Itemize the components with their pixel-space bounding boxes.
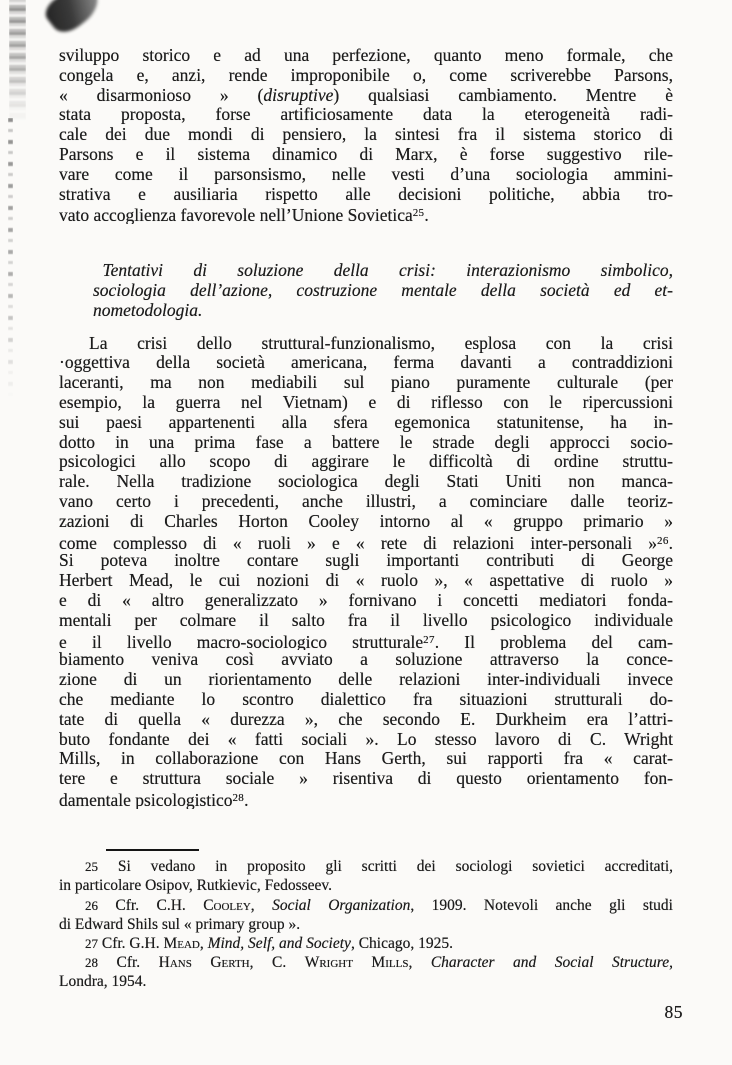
smallcaps-name: Mead	[163, 935, 199, 952]
text-segment: damentale psicologistico	[59, 790, 233, 809]
scan-binding-streak	[9, 0, 26, 122]
paragraph-line: zazioni di Charles Horton Cooley intorno…	[59, 512, 673, 532]
footnote-line: di Edward Shils sul « primary group ».	[59, 915, 673, 934]
text-segment: e di « altro generalizzato » fornivano i…	[59, 591, 673, 610]
text-segment: ·oggettiva della società americana, ferm…	[59, 353, 673, 372]
paragraph-line: Parsons e il sistema dinamico di Marx, è…	[59, 145, 673, 165]
text-segment: congela e, anzi, rende improponibile o, …	[59, 66, 673, 85]
footnote-separator	[106, 849, 199, 852]
text-segment: .	[669, 533, 673, 552]
text-segment: Parsons e il sistema dinamico di Marx, è…	[59, 145, 673, 164]
paragraph-line: « disarmonioso » (disruptive) qualsiasi …	[59, 86, 673, 106]
text-segment: biamento veniva così avviato a soluzione…	[59, 650, 673, 669]
text-segment: ,	[669, 954, 673, 971]
paragraph-continuation: sviluppo storico e ad una perfezione, qu…	[59, 46, 673, 224]
heading-line: sociologia dell’azione, costruzione ment…	[93, 281, 673, 301]
text-segment: . Il problema del cam-	[435, 632, 673, 651]
text-segment: Londra, 1954.	[59, 973, 146, 990]
text-segment: dotto in una prima fase a battere le str…	[59, 433, 673, 452]
text-segment: Cfr. C.H.	[98, 897, 203, 914]
paragraph-line: strativa e ausiliaria rispetto alle deci…	[59, 185, 673, 205]
text-segment: .	[244, 790, 248, 809]
paragraph-line: mentali per colmare il salto fra il live…	[59, 611, 673, 631]
paragraph-line: Herbert Mead, le cui nozioni di « ruolo …	[59, 571, 673, 591]
text-segment: sui paesi appartenenti alla sfera egemon…	[59, 413, 673, 432]
text-segment: tate di quella « durezza », che secondo …	[59, 710, 673, 729]
footnote-line: 27 Cfr. G.H. Mead, Mind, Self, and Socie…	[59, 934, 673, 953]
paragraph-line: rale. Nella tradizione sociologica degli…	[59, 472, 673, 492]
italic-text: Character and Social Structure	[431, 954, 669, 971]
text-segment: zazioni di Charles Horton Cooley intorno…	[59, 512, 673, 531]
footnote-line: in particolare Osipov, Rutkievic, Fedoss…	[59, 876, 673, 895]
text-segment: mentali per colmare il salto fra il live…	[59, 611, 673, 630]
footnote-line: 26 Cfr. C.H. Cooley, Social Organization…	[59, 896, 673, 915]
scan-corner-smudge	[41, 0, 106, 39]
page-number: 85	[665, 1002, 684, 1023]
footnotes-block: 25 Si vedano in proposito gli scritti de…	[59, 857, 673, 991]
text-segment: che mediante lo scontro dialettico fra s…	[59, 690, 673, 709]
italic-text: Tentativi di soluzione della crisi: inte…	[102, 261, 673, 280]
text-segment: e il livello macro-sociologico struttura…	[59, 632, 423, 651]
paragraph-line: tate di quella « durezza », che secondo …	[59, 710, 673, 730]
text-segment: Herbert Mead, le cui nozioni di « ruolo …	[59, 571, 673, 590]
text-segment: , 1909. Notevoli anche gli studi	[410, 897, 673, 914]
text-segment: di Edward Shils sul « primary group ».	[59, 916, 300, 933]
paragraph-line: e il livello macro-sociologico struttura…	[59, 631, 673, 651]
smallcaps-name: Cooley	[203, 897, 251, 914]
text-segment: rale. Nella tradizione sociologica degli…	[59, 472, 673, 491]
italic-text: Mind, Self, and Society	[208, 935, 351, 952]
paragraph-line: e di « altro generalizzato » fornivano i…	[59, 591, 673, 611]
paragraph-line: dotto in una prima fase a battere le str…	[59, 433, 673, 453]
paragraph-line: damentale psicologistico28.	[59, 789, 673, 809]
footnote-number: 28	[85, 955, 98, 970]
text-block: sviluppo storico e ad una perfezione, qu…	[59, 46, 673, 992]
footnote-number: 25	[85, 859, 98, 874]
footnote-reference: 26	[657, 535, 669, 547]
text-segment: vano certo i precedenti, anche illustri,…	[59, 492, 673, 511]
text-segment: Cfr. G.H.	[98, 935, 163, 952]
paragraph-line: tere e struttura sociale » risentiva di …	[59, 769, 673, 789]
footnote-number: 27	[85, 936, 98, 951]
text-segment: come complesso di « ruoli » e « rete di …	[59, 533, 657, 552]
text-segment: vato accoglienza favorevole nell’Unione …	[59, 205, 413, 224]
paragraph-line: congela e, anzi, rende improponibile o, …	[59, 66, 673, 86]
paragraph-line: cale dei due mondi di pensiero, la sinte…	[59, 125, 673, 145]
text-segment: tere e struttura sociale » risentiva di …	[59, 769, 673, 788]
text-segment: La crisi dello struttural-funzionalismo,…	[89, 334, 673, 353]
italic-text: nometodologia.	[93, 301, 202, 320]
text-segment: cale dei due mondi di pensiero, la sinte…	[59, 125, 673, 144]
text-segment: ,	[408, 954, 430, 971]
smallcaps-name: Hans Gerth	[159, 954, 250, 971]
italic-text: disruptive	[263, 86, 333, 105]
text-segment: , Chicago, 1925.	[351, 935, 453, 952]
paragraph-line: ·oggettiva della società americana, ferm…	[59, 353, 673, 373]
text-segment: esempio, la guerra nel Vietnam) e di rif…	[59, 393, 673, 412]
paragraph-line: sviluppo storico e ad una perfezione, qu…	[59, 46, 673, 66]
text-segment: .	[424, 205, 428, 224]
paragraph-line: vato accoglienza favorevole nell’Unione …	[59, 204, 673, 224]
text-segment: psicologici allo scopo di aggirare le di…	[59, 452, 673, 471]
paragraph-line: zione di un riorientamento delle relazio…	[59, 670, 673, 690]
text-segment: ,	[251, 897, 272, 914]
text-segment: stata proposta, forse artificiosamente d…	[59, 105, 673, 124]
text-segment: « disarmonioso » (	[59, 86, 263, 105]
footnote-reference: 25	[413, 207, 425, 219]
paragraph-line: Si poteva inoltre contare sugli importan…	[59, 551, 673, 571]
text-segment: Si vedano in proposito gli scritti dei s…	[98, 858, 673, 875]
paragraph-line: sui paesi appartenenti alla sfera egemon…	[59, 413, 673, 433]
paragraph-line: biamento veniva così avviato a soluzione…	[59, 650, 673, 670]
book-page-scan: sviluppo storico e ad una perfezione, qu…	[0, 0, 732, 1065]
paragraph-line: buto fondante dei « fatti sociali ». Lo …	[59, 730, 673, 750]
body-paragraph: La crisi dello struttural-funzionalismo,…	[59, 334, 673, 809]
text-segment: laceranti, ma non mediabili sul piano pu…	[59, 373, 673, 392]
paragraph-line: che mediante lo scontro dialettico fra s…	[59, 690, 673, 710]
footnote-line: Londra, 1954.	[59, 972, 673, 991]
footnote-line: 25 Si vedano in proposito gli scritti de…	[59, 857, 673, 876]
footnote-reference: 27	[423, 634, 435, 646]
text-segment: ,	[200, 935, 208, 952]
paragraph-line: vano certo i precedenti, anche illustri,…	[59, 492, 673, 512]
text-segment: buto fondante dei « fatti sociali ». Lo …	[59, 730, 673, 749]
section-heading: 3. Tentativi di soluzione della crisi: i…	[59, 261, 673, 320]
paragraph-line: Mills, in collaborazione con Hans Gerth,…	[59, 749, 673, 769]
text-segment: Si poteva inoltre contare sugli importan…	[59, 551, 673, 570]
text-segment: zione di un riorientamento delle relazio…	[59, 670, 673, 689]
smallcaps-name: Wright Mills	[305, 954, 409, 971]
footnote-reference: 28	[233, 792, 245, 804]
text-segment: , C.	[250, 954, 305, 971]
italic-text: sociologia dell’azione, costruzione ment…	[93, 281, 673, 300]
paragraph-line: vare come il parsonsismo, nelle vesti d’…	[59, 165, 673, 185]
footnote-line: 28 Cfr. Hans Gerth, C. Wright Mills, Cha…	[59, 953, 673, 972]
text-segment: Cfr.	[98, 954, 159, 971]
heading-line: 3. Tentativi di soluzione della crisi: i…	[93, 261, 673, 281]
footnote-number: 26	[85, 898, 98, 913]
text-segment: ) qualsiasi cambiamento. Mentre è	[333, 86, 673, 105]
text-segment: strativa e ausiliaria rispetto alle deci…	[59, 185, 673, 204]
paragraph-line: esempio, la guerra nel Vietnam) e di rif…	[59, 393, 673, 413]
paragraph-line: come complesso di « ruoli » e « rete di …	[59, 532, 673, 552]
text-segment: vare come il parsonsismo, nelle vesti d’…	[59, 165, 673, 184]
heading-line: nometodologia.	[93, 301, 673, 321]
paragraph-line: psicologici allo scopo di aggirare le di…	[59, 452, 673, 472]
text-segment: sviluppo storico e ad una perfezione, qu…	[59, 46, 673, 65]
paragraph-line: stata proposta, forse artificiosamente d…	[59, 105, 673, 125]
paragraph-line: laceranti, ma non mediabili sul piano pu…	[59, 373, 673, 393]
italic-text: Social Organization	[272, 897, 410, 914]
text-segment: Mills, in collaborazione con Hans Gerth,…	[59, 749, 673, 768]
scan-binding-marks	[8, 118, 13, 418]
text-segment: in particolare Osipov, Rutkievic, Fedoss…	[59, 877, 332, 894]
paragraph-line: La crisi dello struttural-funzionalismo,…	[59, 334, 673, 354]
